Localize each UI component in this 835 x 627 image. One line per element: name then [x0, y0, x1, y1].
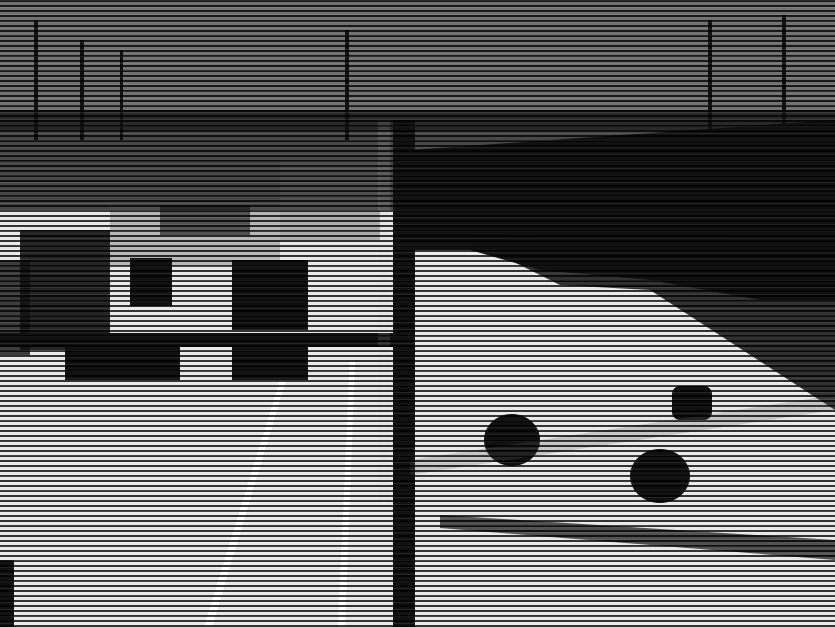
- highway-scene: [0, 0, 835, 627]
- wirephoto-frame: [0, 0, 835, 627]
